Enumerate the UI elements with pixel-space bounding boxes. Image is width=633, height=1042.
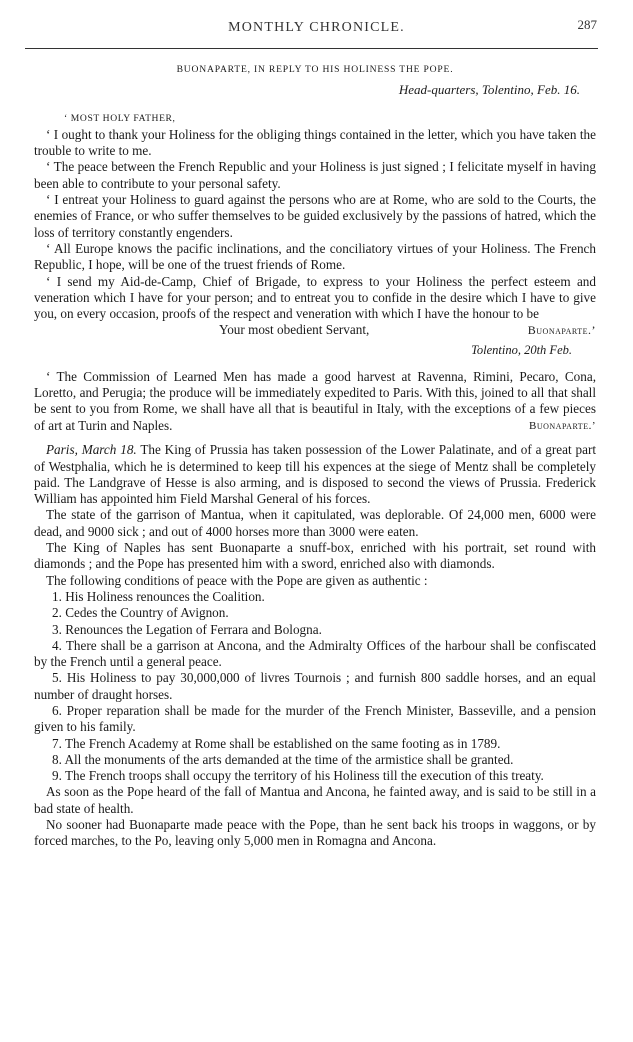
condition-item: 2. Cedes the Country of Avignon.	[34, 605, 596, 621]
second-letter-dateline: Tolentino, 20th Feb.	[34, 342, 572, 358]
article-body: Buonaparte, in reply to his Holiness the…	[34, 60, 596, 850]
news-mantua: The state of the garrison of Mantua, whe…	[34, 507, 596, 540]
news-dateline: Paris, March 18.	[46, 442, 137, 457]
letter-heading: Buonaparte, in reply to his Holiness the…	[34, 62, 596, 78]
spacer	[34, 359, 596, 369]
condition-item: 4. There shall be a garrison at Ancona, …	[34, 638, 596, 671]
condition-item: 1. His Holiness renounces the Coalition.	[34, 589, 596, 605]
news-paris: Paris, March 18. The King of Prussia has…	[34, 442, 596, 507]
page-number: 287	[578, 17, 598, 33]
news-troops: No sooner had Buonaparte made peace with…	[34, 817, 596, 850]
conditions-intro: The following conditions of peace with t…	[34, 573, 596, 589]
letter-paragraph: ‘ I send my Aid-de-Camp, Chief of Brigad…	[34, 274, 596, 323]
closing-phrase: Your most obedient Servant,	[219, 322, 369, 338]
letter-paragraph: ‘ All Europe knows the pacific inclinati…	[34, 241, 596, 274]
letter-dateline: Head-quarters, Tolentino, Feb. 16.	[34, 82, 580, 98]
spacer	[34, 434, 596, 442]
letter-paragraph: ‘ I ought to thank your Holiness for the…	[34, 127, 596, 160]
condition-item: 6. Proper reparation shall be made for t…	[34, 703, 596, 736]
signature: Buonaparte.’	[528, 322, 596, 338]
news-fainted: As soon as the Pope heard of the fall of…	[34, 784, 596, 817]
running-head: MONTHLY CHRONICLE. 287	[0, 14, 633, 38]
news-naples: The King of Naples has sent Buonaparte a…	[34, 540, 596, 573]
header-rule	[25, 48, 598, 49]
letter-paragraph: ‘ The peace between the French Republic …	[34, 159, 596, 192]
salutation: ‘ Most Holy Father,	[64, 111, 596, 127]
condition-item: 8. All the monuments of the arts demande…	[34, 752, 596, 768]
condition-item: 3. Renounces the Legation of Ferrara and…	[34, 622, 596, 638]
document-page: MONTHLY CHRONICLE. 287 Buonaparte, in re…	[0, 0, 633, 1042]
condition-item: 7. The French Academy at Rome shall be e…	[34, 736, 596, 752]
condition-item: 9. The French troops shall occupy the te…	[34, 768, 596, 784]
running-title: MONTHLY CHRONICLE.	[0, 20, 633, 36]
letter-paragraph: ‘ I entreat your Holiness to guard again…	[34, 192, 596, 241]
letter-closing: Your most obedient Servant, Buonaparte.’	[34, 322, 596, 338]
condition-item: 5. His Holiness to pay 30,000,000 of liv…	[34, 670, 596, 703]
